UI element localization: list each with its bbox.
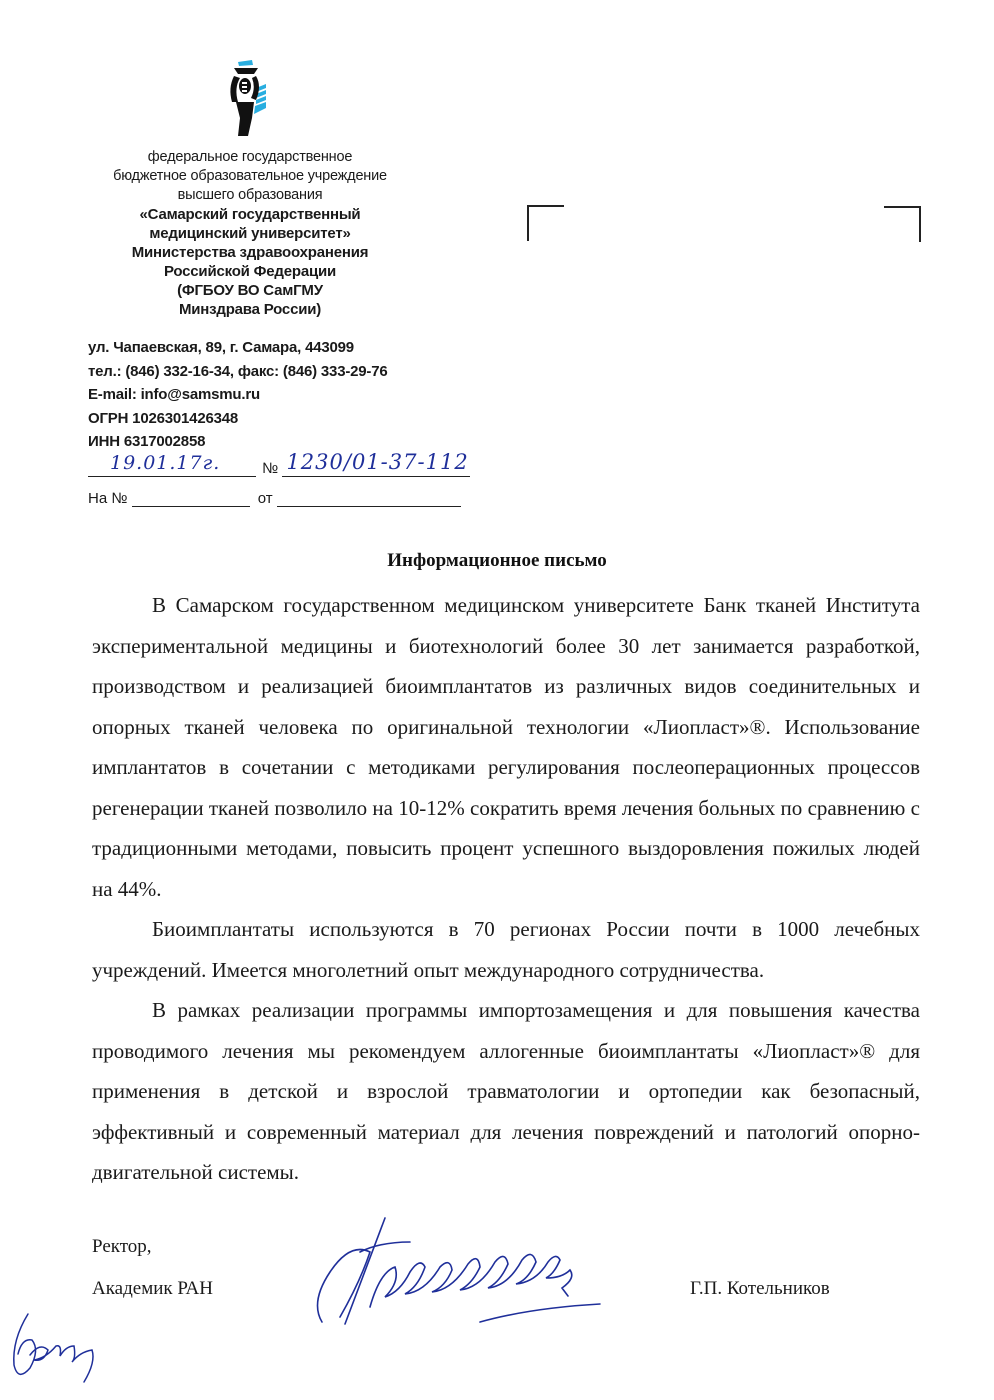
- outgoing-registration: 19.01.17г. № 1230/01-37-112: [88, 458, 470, 477]
- address: ул. Чапаевская, 89, г. Самара, 443099: [88, 336, 388, 360]
- signatory-position-line1: Ректор,: [92, 1236, 152, 1258]
- signatory-position-line2: Академик РАН: [92, 1278, 213, 1300]
- handwritten-date: 19.01.17г.: [110, 452, 220, 474]
- from-field: [277, 488, 461, 507]
- email: E-mail: info@samsmu.ru: [88, 383, 388, 407]
- letter-body: В Самарском государственном медицинском …: [92, 585, 920, 1193]
- number-label: №: [262, 460, 278, 477]
- number-field: 1230/01-37-112: [282, 458, 470, 477]
- paragraph: Биоимплантаты используются в 70 регионах…: [92, 909, 920, 990]
- handwritten-signature-icon: [300, 1212, 700, 1332]
- phone-fax: тел.: (846) 332-16-34, факс: (846) 333-2…: [88, 360, 388, 384]
- org-line: (ФГБОУ ВО СамГМУ: [100, 281, 400, 300]
- org-line: Российской Федерации: [100, 262, 400, 281]
- org-line: бюджетное образовательное учреждение: [100, 167, 400, 186]
- date-field: 19.01.17г.: [88, 458, 256, 477]
- contact-block: ул. Чапаевская, 89, г. Самара, 443099 те…: [88, 336, 388, 454]
- paragraph: В рамках реализации программы импортозам…: [92, 990, 920, 1193]
- org-line: высшего образования: [100, 186, 400, 205]
- org-line: Министерства здравоохранения: [100, 243, 400, 262]
- from-label: от: [258, 490, 273, 507]
- university-emblem-icon: [226, 58, 266, 138]
- reply-to-field: [132, 488, 250, 507]
- org-line: «Самарский государственный: [100, 205, 400, 224]
- address-window-corner-right: [884, 206, 921, 242]
- signatory-name: Г.П. Котельников: [690, 1278, 830, 1300]
- reply-to-label: На №: [88, 490, 127, 507]
- ogrn: ОГРН 1026301426348: [88, 407, 388, 431]
- org-line: федеральное государственное: [100, 148, 400, 167]
- handwritten-initials-icon: [0, 1310, 110, 1390]
- org-line: медицинский университет»: [100, 224, 400, 243]
- address-window-corner-left: [527, 205, 564, 241]
- incoming-reference: На № от: [88, 488, 461, 507]
- document-title: Информационное письмо: [0, 550, 994, 572]
- handwritten-number: 1230/01-37-112: [286, 450, 468, 474]
- organization-header: федеральное государственное бюджетное об…: [100, 148, 400, 319]
- org-line: Минздрава России): [100, 300, 400, 319]
- paragraph: В Самарском государственном медицинском …: [92, 585, 920, 909]
